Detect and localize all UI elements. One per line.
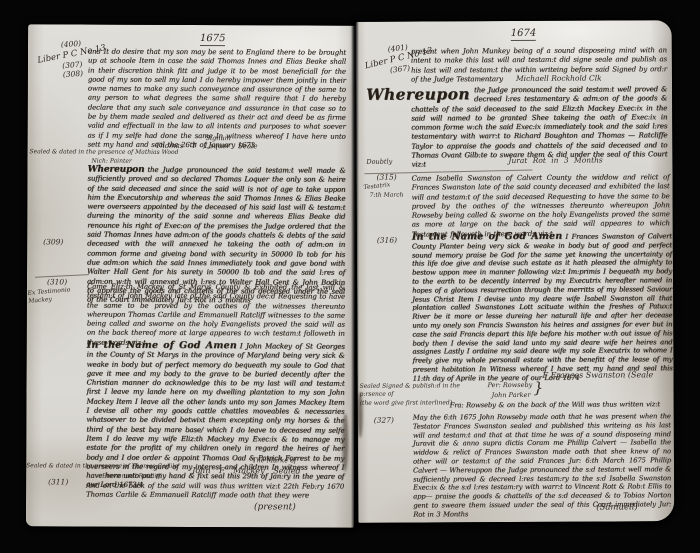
decree-lead-word: Whereupon (87, 165, 144, 175)
folio-number: (309) (43, 237, 63, 246)
witness-brace: } (534, 379, 544, 397)
witness-attestation: Sealed Signed & publish:d in the p:rsenc… (360, 382, 472, 398)
manuscript-photo: 1675 (400) Liber P C No 13 (307) (308) a… (0, 0, 700, 553)
page-year-heading: 1675 (200, 33, 226, 46)
catchword: (present) (254, 502, 296, 512)
invocation-lead: In the Name of God Amen (87, 340, 237, 352)
will-text: I Frances Swanston of Calvert County Pla… (412, 232, 673, 382)
witness-attestation: Sealed & dated in the presence of Thomas… (26, 462, 186, 470)
jurat-note: Jurat Rot in 3 Months (508, 156, 602, 166)
ink-smudge (342, 414, 348, 472)
catchword: (Samuell) (596, 502, 638, 512)
witness-name: Emmanuell Ratcliff (102, 473, 160, 481)
margin-annotation: Doubtly (366, 158, 392, 166)
margin-annotation: Ex Testimonio Mackey (27, 285, 86, 305)
folio-number: (311) (48, 477, 68, 486)
endorsement-paragraph: And on the back of the said will was thu… (86, 482, 344, 502)
margin-date: 7:th March (370, 192, 404, 200)
testatrix-signature: F Frances Swanston (Seale (543, 370, 654, 380)
manuscript-page-right: 1674 (401) Liber P C No 13 (367) present… (356, 20, 675, 523)
decree-lead-word: Whereupon (366, 85, 470, 103)
book-spine-shadow (351, 20, 359, 528)
page-year-heading: 1674 (511, 28, 537, 41)
folio-number: (310) (47, 277, 67, 286)
witness-name: Per: Rowseby (488, 381, 533, 389)
manuscript-page-left: 1675 (400) Liber P C No 13 (307) (308) a… (26, 24, 356, 527)
witness-name: John Parker (492, 391, 531, 399)
will-text-paragraph: In the Name of God AmenI Frances Swansto… (412, 232, 673, 383)
clerk-signature: Michaell Rockhold Clk (516, 74, 602, 84)
endorsement-line: Fra: Rowseby & on the back of the Will w… (450, 400, 668, 410)
court-entry-paragraph: Came Isabella Swanston of Calvert County… (411, 173, 669, 239)
folio-number: (327) (374, 416, 394, 425)
folio-number: (316) (377, 236, 397, 245)
margin-annotation: Testatrix (363, 181, 390, 191)
witness-attestation: Sealed & dated in the presence of Mathia… (30, 148, 245, 157)
mark-label: The Marke of (252, 456, 296, 464)
testator-mark-signature: John F Mackey Sealed (192, 466, 300, 476)
folio-number: (315) (376, 173, 396, 182)
